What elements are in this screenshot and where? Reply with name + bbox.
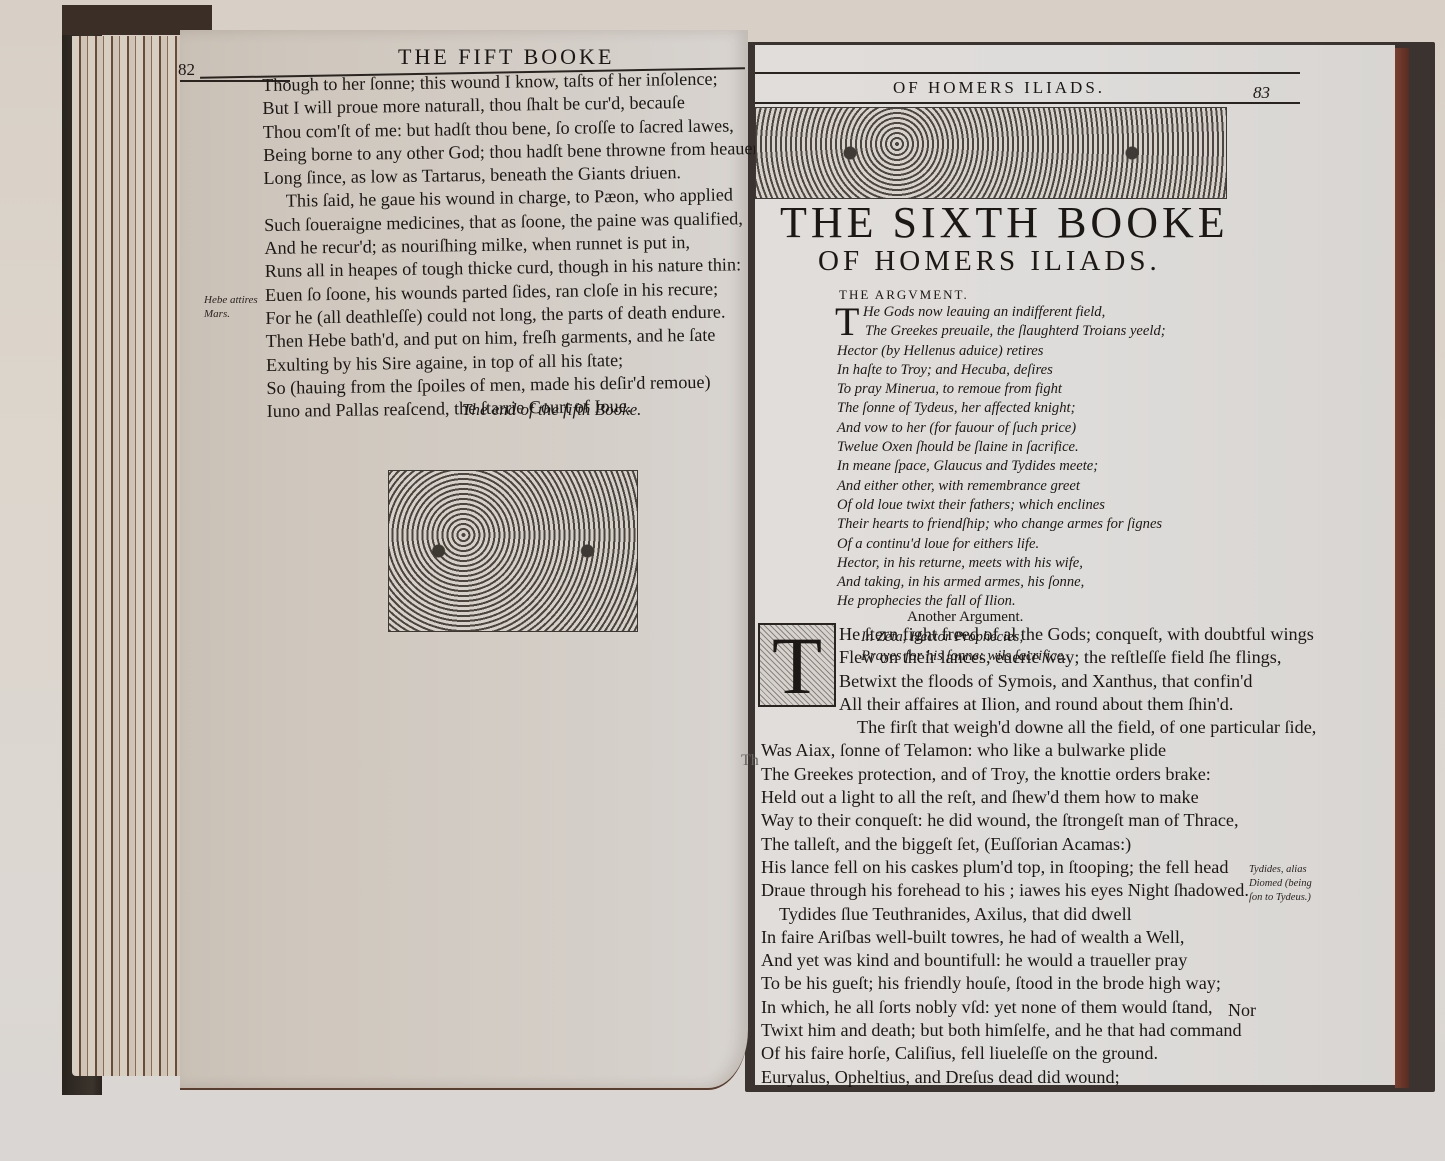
page-number-left: 82 (178, 60, 195, 80)
verse-line: Euryalus, Opheltius, and Dreſus dead did… (761, 1066, 1316, 1089)
header-rule-top (755, 72, 1300, 74)
verse-line: Tydides ſlue Teuthranides, Axilus, that … (761, 903, 1316, 926)
header-rule-bottom (755, 102, 1300, 104)
page-number-right: 83 (1253, 83, 1270, 103)
argument-line: Hector (by Hellenus aduice) retires (837, 342, 1166, 361)
argument-line: And either other, with remembrance greet (837, 477, 1166, 496)
argument-line: The ſonne of Tydeus, her affected knight… (837, 399, 1166, 418)
argument-line: In haſte to Troy; and Hecuba, deſires (837, 361, 1166, 380)
marginal-note-line: Diomed (being (1249, 877, 1312, 891)
running-head-right: OF HOMERS ILIADS. (893, 78, 1105, 98)
book-subtitle: OF HOMERS ILIADS. (818, 245, 1161, 278)
marginal-note-line: Tydides, alias (1249, 863, 1312, 877)
verse-line: Way to their conqueſt: he did wound, the… (761, 809, 1316, 832)
end-of-book-note: The end of the fifth Booke. (462, 400, 641, 420)
marginal-note-line: ſon to Tydeus.) (1249, 891, 1312, 905)
verse-line: Twixt him and death; but both himſelfe, … (761, 1019, 1316, 1042)
argument-line: Of a continu'd loue for eithers life. (837, 535, 1166, 554)
tailpiece-ornament-icon (388, 470, 638, 632)
bleed-through-fragment: Th (741, 752, 759, 770)
verse-line: The Greekes protection, and of Troy, the… (761, 763, 1316, 786)
verse-line: He ſtern fight freed of al the Gods; con… (761, 623, 1316, 646)
argument-line: Their hearts to friendſhip; who change a… (837, 515, 1166, 534)
argument-block: He Gods now leauing an indifferent field… (837, 303, 1166, 612)
verse-line: In faire Ariſbas well-built towres, he h… (761, 926, 1316, 949)
verse-line: All their affaires at Ilion, and round a… (761, 693, 1316, 716)
verse-line: Draue through his forehead to his ; iawe… (761, 879, 1316, 902)
argument-line: Of old loue twixt their fathers; which e… (837, 496, 1166, 515)
verse-line: The firſt that weigh'd downe all the fie… (761, 716, 1316, 739)
verse-line: Was Aiax, ſonne of Telamon: who like a b… (761, 739, 1316, 762)
argument-line: The Greekes preuaile, the ſlaughterd Tro… (837, 322, 1166, 341)
argument-line: In meane ſpace, Glaucus and Tydides meet… (837, 457, 1166, 476)
argument-line: To pray Minerua, to remoue from fight (837, 380, 1166, 399)
running-head-left: THE FIFT BOOKE (398, 44, 614, 70)
headpiece-ornament-icon (755, 107, 1227, 199)
book-title: THE SIXTH BOOKE (780, 197, 1229, 248)
verse-line: Flew on their lances, euerie way; the re… (761, 646, 1316, 669)
verse-line: His lance fell on his caskes plum'd top,… (761, 856, 1316, 879)
verse-line: The talleſt, and the biggeſt ſet, (Euſſo… (761, 833, 1316, 856)
verse-line: And yet was kind and bountifull: he woul… (761, 949, 1316, 972)
verse-line: Betwixt the floods of Symois, and Xanthu… (761, 670, 1316, 693)
argument-line: Hector, in his returne, meets with his w… (837, 554, 1166, 573)
page-edges-right (1395, 48, 1409, 1088)
page-edges-left (72, 36, 192, 1076)
marginal-note-right: Tydides, alias Diomed (being ſon to Tyde… (1249, 863, 1312, 905)
marginal-note-line: Hebe attires (204, 293, 258, 307)
left-verse-block: Though to her ſonne; this wound I know, … (262, 67, 765, 423)
argument-line: He Gods now leauing an indifferent field… (837, 303, 1166, 322)
argument-line: And taking, in his armed armes, his ſonn… (837, 573, 1166, 592)
right-page: OF HOMERS ILIADS. 83 THE SIXTH BOOKE OF … (755, 45, 1395, 1085)
marginal-note-left: Hebe attires Mars. (204, 293, 258, 321)
verse-line: To be his gueſt; his friendly houſe, ſto… (761, 972, 1316, 995)
verse-line: Of his faire horſe, Caliſius, fell liuel… (761, 1042, 1316, 1065)
argument-line: Twelue Oxen ſhould be ſlaine in ſacrific… (837, 438, 1166, 457)
verse-line: Held out a light to all the reſt, and ſh… (761, 786, 1316, 809)
marginal-note-line: Mars. (204, 307, 258, 321)
left-page: THE FIFT BOOKE 82 Though to her ſonne; t… (180, 30, 748, 1090)
catchword: Nor (1228, 1000, 1256, 1021)
argument-line: And vow to her (for fauour of ſuch price… (837, 419, 1166, 438)
